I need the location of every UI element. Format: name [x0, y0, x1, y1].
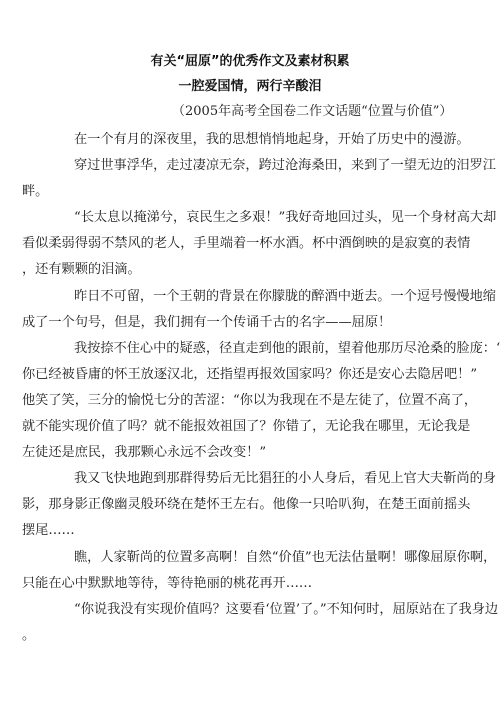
text-line: 他笑了笑，三分的愉悦七分的苦涩：“你以为我现在不是左徒了，位置不高了，	[22, 388, 458, 414]
text-line: 影，那身影正像幽灵般环绕在楚怀王左右。他像一只哈叭狗，在楚王面前摇头	[22, 492, 458, 518]
text-line: 左徒还是庶民，我那颗心永远不会改变！”	[22, 440, 458, 466]
document-title: 有关“屈原”的优秀作文及素材积累	[0, 50, 500, 69]
paragraph-7: 瞧，人家靳尚的位置多高啊！自然“价值”也无法估量啊！哪像屈原你啊， 只能在心中默…	[48, 545, 458, 597]
paragraph-1: 在一个有月的深夜里，我的思想悄悄地起身，开始了历史中的漫游。	[48, 127, 458, 153]
essay-subtitle: （2005年高考全国卷二作文话题“位置与价值”）	[172, 100, 452, 119]
text-line: 摆尾……	[22, 518, 458, 544]
text-line: 在一个有月的深夜里，我的思想悄悄地起身，开始了历史中的漫游。	[48, 127, 458, 153]
paragraph-2: 穿过世事浮华，走过凄凉无奈，跨过沧海桑田，来到了一望无边的汨罗江 畔。	[48, 153, 458, 205]
text-line: 。	[22, 623, 458, 649]
essay-body: 在一个有月的深夜里，我的思想悄悄地起身，开始了历史中的漫游。 穿过世事浮华，走过…	[48, 127, 458, 649]
text-line: 就不能实现价值了吗？就不能报效祖国了？你错了，无论我在哪里，无论我是	[22, 414, 458, 440]
text-line: “长太息以掩涕兮，哀民生之多艰！”我好奇地回过头，见一个身材高大却	[48, 205, 458, 231]
text-line: “你说我没有实现价值吗？这要看‘位置’了。”不知何时，屈原站在了我身边	[48, 597, 458, 623]
text-line: ，还有颗颗的泪滴。	[22, 257, 458, 283]
text-line: 畔。	[22, 179, 458, 205]
text-line: 成了一个句号，但是，我们拥有一个传诵千古的名字——屈原！	[22, 310, 458, 336]
text-line: 我按捺不住心中的疑惑，径直走到他的跟前，望着他那历尽沧桑的脸庞：“	[48, 336, 458, 362]
text-line: 瞧，人家靳尚的位置多高啊！自然“价值”也无法估量啊！哪像屈原你啊，	[48, 545, 458, 571]
paragraph-5: 我按捺不住心中的疑惑，径直走到他的跟前，望着他那历尽沧桑的脸庞：“ 你已经被昏庸…	[48, 336, 458, 466]
text-line: 昨日不可留，一个王朝的背景在你朦胧的醉酒中逝去。一个逗号慢慢地缩	[48, 284, 458, 310]
essay-heading: 一腔爱国情，两行辛酸泪	[0, 75, 500, 94]
paragraph-4: 昨日不可留，一个王朝的背景在你朦胧的醉酒中逝去。一个逗号慢慢地缩 成了一个句号，…	[48, 284, 458, 336]
text-line: 只能在心中默默地等待，等待艳丽的桃花再开……	[22, 571, 458, 597]
paragraph-3: “长太息以掩涕兮，哀民生之多艰！”我好奇地回过头，见一个身材高大却 看似柔弱得弱…	[48, 205, 458, 283]
paragraph-8: “你说我没有实现价值吗？这要看‘位置’了。”不知何时，屈原站在了我身边 。	[48, 597, 458, 649]
text-line: 看似柔弱得弱不禁风的老人，手里端着一杯水酒。杯中酒倒映的是寂寞的表情	[22, 231, 458, 257]
paragraph-6: 我又飞快地跑到那群得势后无比猖狂的小人身后，看见上官大夫靳尚的身 影，那身影正像…	[48, 466, 458, 544]
document-page: 有关“屈原”的优秀作文及素材积累 一腔爱国情，两行辛酸泪 （2005年高考全国卷…	[0, 0, 500, 708]
text-line: 我又飞快地跑到那群得势后无比猖狂的小人身后，看见上官大夫靳尚的身	[48, 466, 458, 492]
text-line: 你已经被昏庸的怀王放逐汉北，还指望再报效国家吗？你还是安心去隐居吧！”	[22, 362, 458, 388]
text-line: 穿过世事浮华，走过凄凉无奈，跨过沧海桑田，来到了一望无边的汨罗江	[48, 153, 458, 179]
